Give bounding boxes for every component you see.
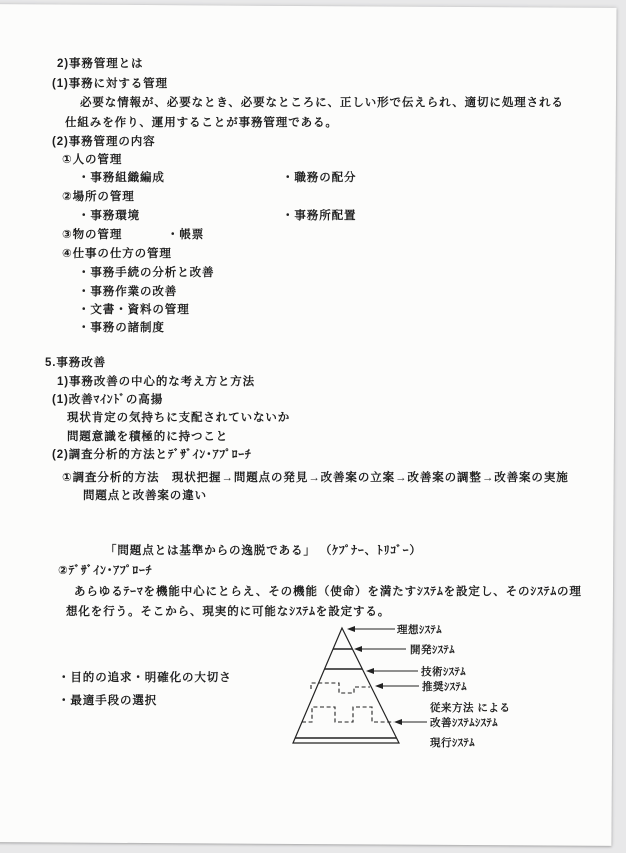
arrow-development-system	[354, 646, 406, 652]
bullet-duty-allocation: ・職務の配分	[282, 171, 356, 185]
label-technology-system: 技術ｼｽﾃﾑ	[420, 665, 466, 678]
item-place-management: ②場所の管理	[62, 190, 135, 204]
line-status-quo: 現状肯定の気持ちに支配されていないか	[67, 411, 290, 425]
dashed-line-recommended	[311, 683, 370, 693]
system-pyramid-diagram: 理想ｼｽﾃﾑ 開発ｼｽﾃﾑ 技術ｼｽﾃﾑ 推奨ｼｽﾃﾑ 従来方法 による 改善ｼ…	[280, 615, 580, 765]
bullet-office-environment: ・事務環境	[78, 209, 140, 223]
heading-office-management: 2)事務管理とは	[57, 57, 143, 71]
label-conventional-method: 従来方法 による	[429, 701, 510, 714]
arrow-recommended-system	[375, 683, 419, 689]
note-purpose-clarification: ・目的の追求・明確化の大切さ	[58, 671, 232, 685]
heading-office-improvement: 5.事務改善	[45, 356, 106, 370]
label-ideal-system: 理想ｼｽﾃﾑ	[397, 623, 442, 636]
label-current-system: 現行ｼｽﾃﾑ	[430, 736, 475, 749]
item-people-management: ①人の管理	[62, 153, 122, 167]
subheading-management-of-work: (1)事務に対する管理	[52, 77, 168, 91]
line-analysis-flow: ①調査分析的方法 現状把握→問題点の発見→改善案の立案→改善案の調整→改善案の実…	[62, 471, 569, 485]
label-improvement-system: 改善ｼｽﾃﾑｼｽﾃﾑ	[430, 716, 498, 729]
note-optimal-means: ・最適手段の選択	[58, 694, 157, 708]
subheading-central-ideas: 1)事務改善の中心的な考え方と方法	[57, 375, 255, 389]
bullet-org-structure: ・事務組織編成	[78, 171, 165, 185]
line-problem-vs-improvement: 問題点と改善案の違い	[83, 489, 207, 503]
paragraph-line-1: 必要な情報が、必要なとき、必要なところに、正しい形で伝えられ、適切に処理される	[80, 96, 564, 110]
arrow-improvement-system	[394, 719, 427, 725]
dashed-line-improvement	[302, 707, 394, 722]
line-problem-awareness: 問題意識を積極的に持つこと	[67, 430, 228, 444]
bullet-office-systems: ・事務の諸制度	[78, 321, 165, 335]
label-development-system: 開発ｼｽﾃﾑ	[410, 643, 455, 656]
bullet-work-improvement: ・事務作業の改善	[78, 285, 177, 299]
item-design-approach: ②ﾃﾞｻﾞｲﾝ･ｱﾌﾟﾛｰﾁ	[58, 564, 152, 578]
label-recommended-system: 推奨ｼｽﾃﾑ	[422, 680, 467, 693]
item-things-management: ③物の管理	[62, 228, 122, 242]
paragraph-line-2: 仕組みを作り、運用することが事務管理である。	[65, 116, 338, 130]
bullet-forms: ・帳票	[167, 228, 204, 242]
subheading-survey-design-approach: (2)調査分析的方法とﾃﾞｻﾞｲﾝ･ｱﾌﾟﾛｰﾁ	[52, 448, 252, 462]
arrow-technology-system	[366, 668, 418, 674]
document-content: 2)事務管理とは (1)事務に対する管理 必要な情報が、必要なとき、必要なところ…	[0, 0, 626, 853]
subheading-management-contents: (2)事務管理の内容	[52, 135, 156, 149]
arrow-ideal-system	[347, 626, 395, 632]
design-approach-line-1: あらゆるﾃｰﾏを機能中心にとらえ、その機能（使命）を満たすｼｽﾃﾑを設定し、その…	[74, 585, 582, 599]
quote-problem-definition: 「問題点とは基準からの逸脱である」 （ｹﾌﾟﾅｰ、ﾄﾘｺﾞｰ）	[105, 544, 422, 558]
bullet-procedure-analysis: ・事務手続の分析と改善	[78, 266, 214, 280]
subheading-improvement-mind: (1)改善ﾏｲﾝﾄﾞの高揚	[52, 393, 163, 407]
bullet-office-layout: ・事務所配置	[282, 209, 356, 223]
item-work-method-management: ④仕事の仕方の管理	[62, 247, 172, 261]
bullet-document-management: ・文書・資料の管理	[78, 303, 190, 317]
